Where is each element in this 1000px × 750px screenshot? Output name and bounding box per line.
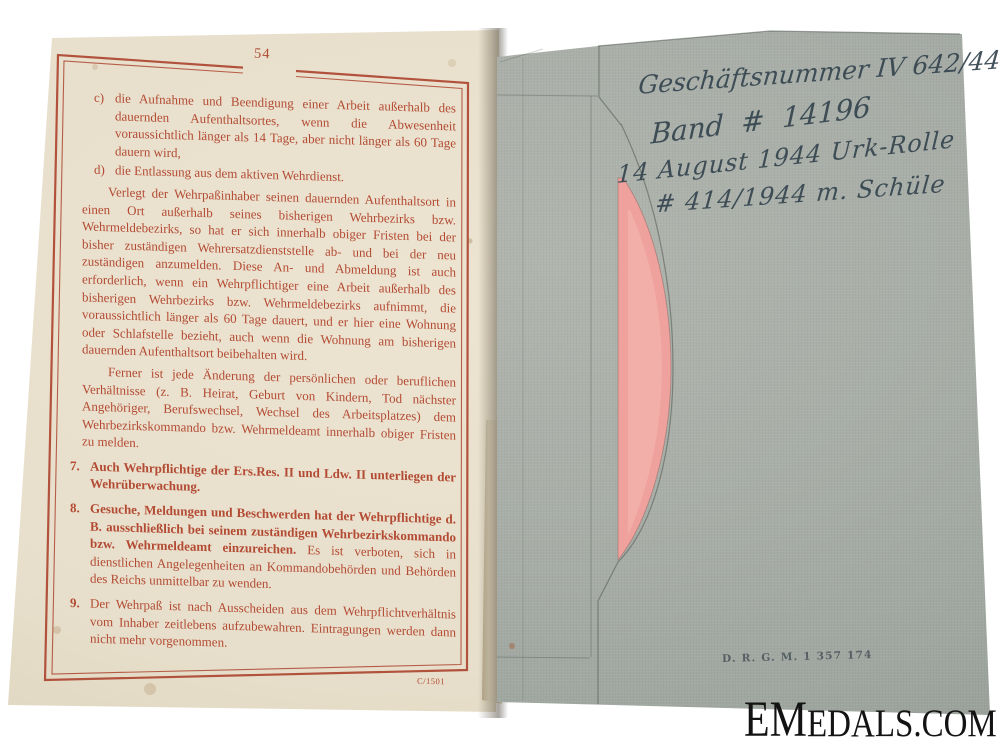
text-item-7: 7.Auch Wehrpflichtige der Ers.Res. II un… (70, 457, 456, 504)
item-marker: 8. (70, 499, 80, 517)
item-marker: d) (94, 161, 105, 179)
text-item-8: 8.Gesuche, Meldungen und Beschwerden hat… (70, 499, 456, 598)
printer-code: C/1501 (417, 676, 445, 686)
emedals-watermark: EMEDALS.COM (744, 691, 997, 749)
regulations-text: c)die Aufnahme und Beendigung einer Arbe… (68, 86, 468, 659)
text-block-c: c)die Aufnahme und Beendigung einer Arbe… (94, 89, 456, 170)
item-marker: 9. (70, 594, 80, 612)
watermark-small: EDALS (807, 702, 913, 745)
watermark-big: EM (744, 693, 807, 748)
item-marker: 7. (70, 457, 80, 475)
photo-of-wehrpass: { "left_page": { "page_number": "54", "p… (0, 0, 1000, 750)
watermark-dot: . (913, 702, 921, 745)
text-paragraph-ferner: Ferner ist jede Änderung der persönliche… (82, 362, 456, 461)
watermark-tld: COM (922, 702, 997, 745)
text-paragraph-verlegt: Verlegt der Wehrpaßinhaber seinen dauern… (82, 182, 456, 369)
page-number: 54 (250, 45, 275, 63)
item-marker: c) (94, 89, 104, 107)
